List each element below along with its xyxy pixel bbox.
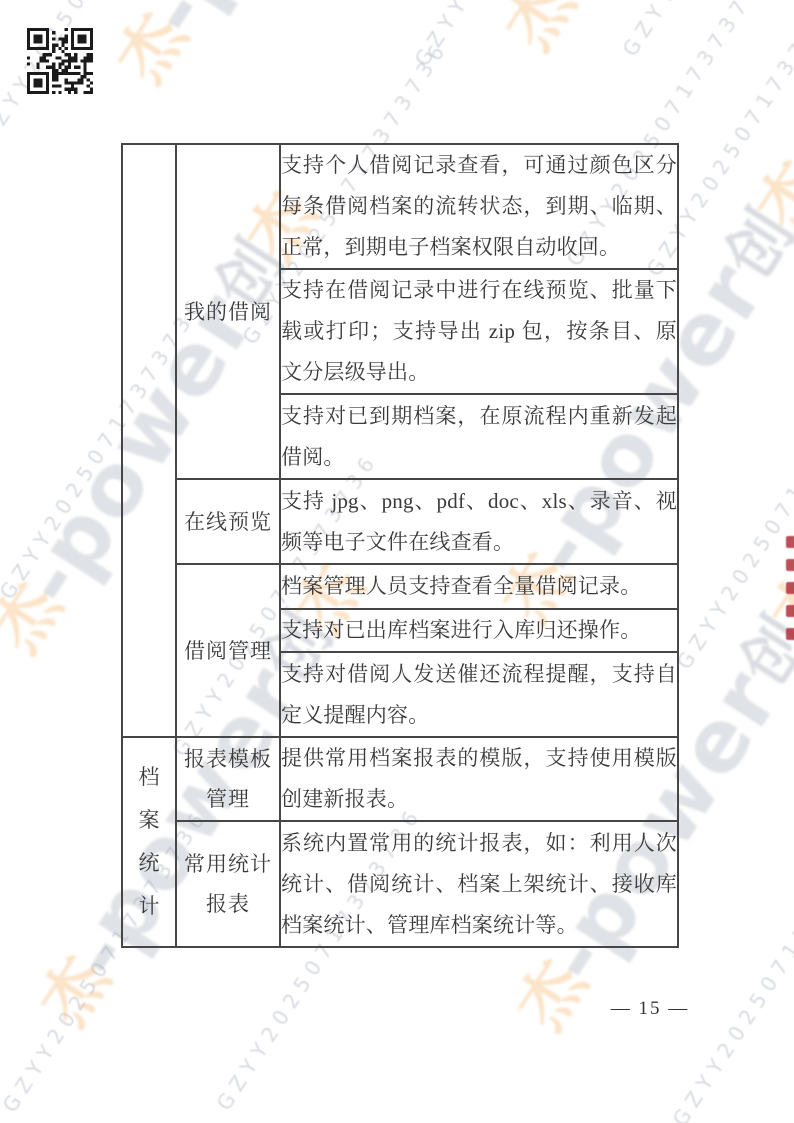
description-cell: 提供常用档案报表的模版，支持使用模版创建新报表。 (280, 737, 678, 821)
description-cell: 支持在借阅记录中进行在线预览、批量下载或打印；支持导出 zip 包，按条目、原文… (280, 269, 678, 394)
feature-label: 我的借阅 (184, 300, 272, 324)
feature-label: 报表模板管理 (184, 747, 272, 811)
table-row: 我的借阅 支持个人借阅记录查看，可通过颜色区分每条借阅档案的流转状态，到期、临期… (122, 144, 678, 269)
feature-label: 借阅管理 (184, 639, 272, 663)
table-row: 常用统计报表 系统内置常用的统计报表，如：利用人次统计、借阅统计、档案上架统计、… (122, 821, 678, 947)
page-number: — 15 — (595, 998, 705, 1020)
document-page: GZYY20250717373736 GZYY20250717373736 GZ… (0, 0, 794, 1123)
red-seal-mark (786, 536, 794, 548)
watermark-brand-logo: 杰-power创杰 (485, 0, 794, 67)
watermark-serial-text: GZYY20250717373736 (672, 360, 794, 673)
qr-code-image (27, 28, 93, 94)
feature-cell: 在线预览 (176, 479, 280, 564)
red-seal-mark (786, 559, 794, 571)
feature-label: 在线预览 (184, 510, 272, 534)
feature-table: 我的借阅 支持个人借阅记录查看，可通过颜色区分每条借阅档案的流转状态，到期、临期… (121, 143, 679, 948)
feature-cell: 报表模板管理 (176, 737, 280, 821)
red-seal-mark (786, 582, 794, 594)
feature-label: 常用统计报表 (184, 852, 272, 916)
table-row: 借阅管理 档案管理人员支持查看全量借阅记录。 (122, 564, 678, 609)
table-row: 档案统计 报表模板管理 提供常用档案报表的模版，支持使用模版创建新报表。 (122, 737, 678, 821)
description-cell: 支持对借阅人发送催还流程提醒，支持自定义提醒内容。 (280, 652, 678, 737)
qr-code (27, 28, 93, 94)
category-cell: 档案统计 (122, 737, 176, 947)
watermark-serial-text: GZYY20250717373736 (410, 0, 625, 71)
watermark-brand-logo: 杰-power创杰 (97, 0, 459, 100)
red-seal-mark (786, 605, 794, 617)
red-seal-marks (786, 536, 794, 651)
description-cell: 档案管理人员支持查看全量借阅记录。 (280, 564, 678, 609)
category-label: 档案统计 (137, 756, 161, 928)
description-cell: 支持对已出库档案进行入库归还操作。 (280, 609, 678, 652)
watermark-serial-text: GZYY20250717373736 (668, 817, 794, 1123)
feature-cell: 借阅管理 (176, 564, 280, 737)
feature-cell: 我的借阅 (176, 144, 280, 479)
table-row: 在线预览 支持 jpg、png、pdf、doc、xls、录音、视频等电子文件在线… (122, 479, 678, 564)
category-cell-empty (122, 144, 176, 737)
description-cell: 支持个人借阅记录查看，可通过颜色区分每条借阅档案的流转状态，到期、临期、正常，到… (280, 144, 678, 269)
feature-cell: 常用统计报表 (176, 821, 280, 947)
description-cell: 支持对已到期档案，在原流程内重新发起借阅。 (280, 394, 678, 479)
red-seal-mark (786, 628, 794, 640)
description-cell: 系统内置常用的统计报表，如：利用人次统计、借阅统计、档案上架统计、接收库档案统计… (280, 821, 678, 947)
description-cell: 支持 jpg、png、pdf、doc、xls、录音、视频等电子文件在线查看。 (280, 479, 678, 564)
watermark-serial-text: GZYY20250717373736 (618, 0, 794, 61)
